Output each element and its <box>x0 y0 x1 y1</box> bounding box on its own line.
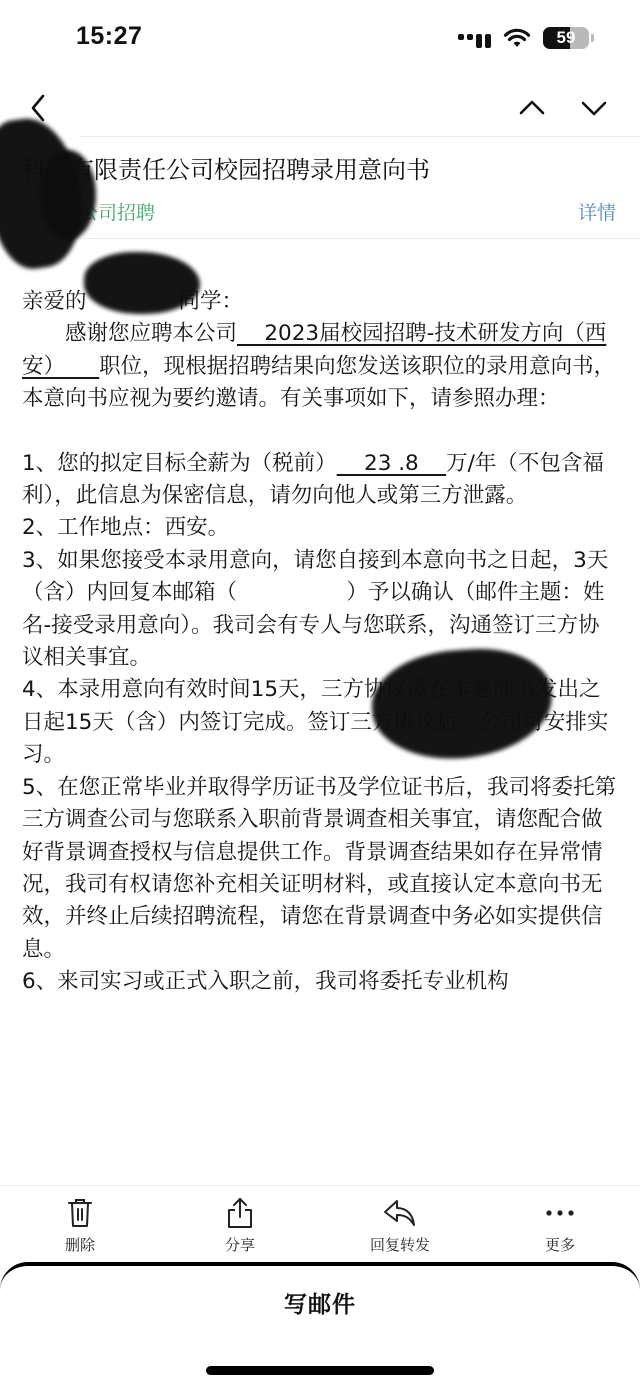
item-6: 6、来司实习或正式入职之前，我司将委托专业机构 <box>22 966 620 998</box>
reply-forward-button[interactable]: 回复转发 <box>320 1186 480 1262</box>
compose-button[interactable]: 写邮件 <box>0 1286 640 1319</box>
delete-label: 删除 <box>65 1234 95 1255</box>
salary-value: 23 .8 <box>337 451 446 476</box>
header-divider-top <box>80 136 640 137</box>
nav-bar <box>0 80 640 136</box>
signal-icon <box>458 28 491 48</box>
reply-icon <box>383 1199 417 1227</box>
item-2: 2、工作地点：西安。 <box>22 512 620 544</box>
reply-forward-label: 回复转发 <box>370 1234 430 1255</box>
share-label: 分享 <box>225 1234 255 1255</box>
delete-button[interactable]: 删除 <box>0 1186 160 1262</box>
header-divider-bottom <box>80 238 640 239</box>
compose-sheet: 写邮件 <box>0 1262 640 1384</box>
trash-icon <box>67 1198 93 1228</box>
chevron-up-icon <box>518 98 546 118</box>
redaction-mark <box>84 252 200 314</box>
status-icons: 59 <box>458 27 594 49</box>
share-icon <box>226 1197 254 1229</box>
more-label: 更多 <box>545 1234 575 1255</box>
redaction-mark <box>40 150 96 240</box>
bottom-toolbar: 删除 分享 回复转发 <box>0 1186 640 1262</box>
item-5: 5、在您正常毕业并取得学历证书及学位证书后，我司将委托第三方调查公司与您联系入职… <box>22 772 620 966</box>
battery-icon: 59 <box>543 27 594 49</box>
more-icon <box>545 1209 575 1217</box>
item-1: 1、您的拟定目标全薪为（税前） 23 .8 万/年（不包含福利），此信息为保密信… <box>22 448 620 513</box>
more-button[interactable]: 更多 <box>480 1186 640 1262</box>
next-mail-button[interactable] <box>574 88 614 128</box>
wifi-icon <box>503 28 531 48</box>
previous-mail-button[interactable] <box>512 88 552 128</box>
email-subject: 科技有限责任公司校园招聘录用意向书 <box>22 150 622 185</box>
intro-paragraph: 感谢您应聘本公司 2023届校园招聘-技术研发方向（西安） 职位，现根据招聘结果… <box>22 318 620 415</box>
reply-email-address[interactable] <box>237 580 346 605</box>
share-button[interactable]: 分享 <box>160 1186 320 1262</box>
status-bar: 15:27 59 <box>0 0 640 80</box>
mail-detail-screen: 15:27 59 <box>0 0 640 1384</box>
item-3: 3、如果您接受本录用意向，请您自接到本意向书之日起，3天（含）内回复本邮箱（ ）… <box>22 545 620 675</box>
status-time: 15:27 <box>76 22 142 51</box>
home-indicator[interactable] <box>206 1366 434 1375</box>
chevron-down-icon <box>580 98 608 118</box>
email-body: 亲爱的同学： 感谢您应聘本公司 2023届校园招聘-技术研发方向（西安） 职位，… <box>22 286 620 999</box>
battery-percent: 59 <box>543 27 589 49</box>
details-link[interactable]: 详情 <box>578 198 616 225</box>
